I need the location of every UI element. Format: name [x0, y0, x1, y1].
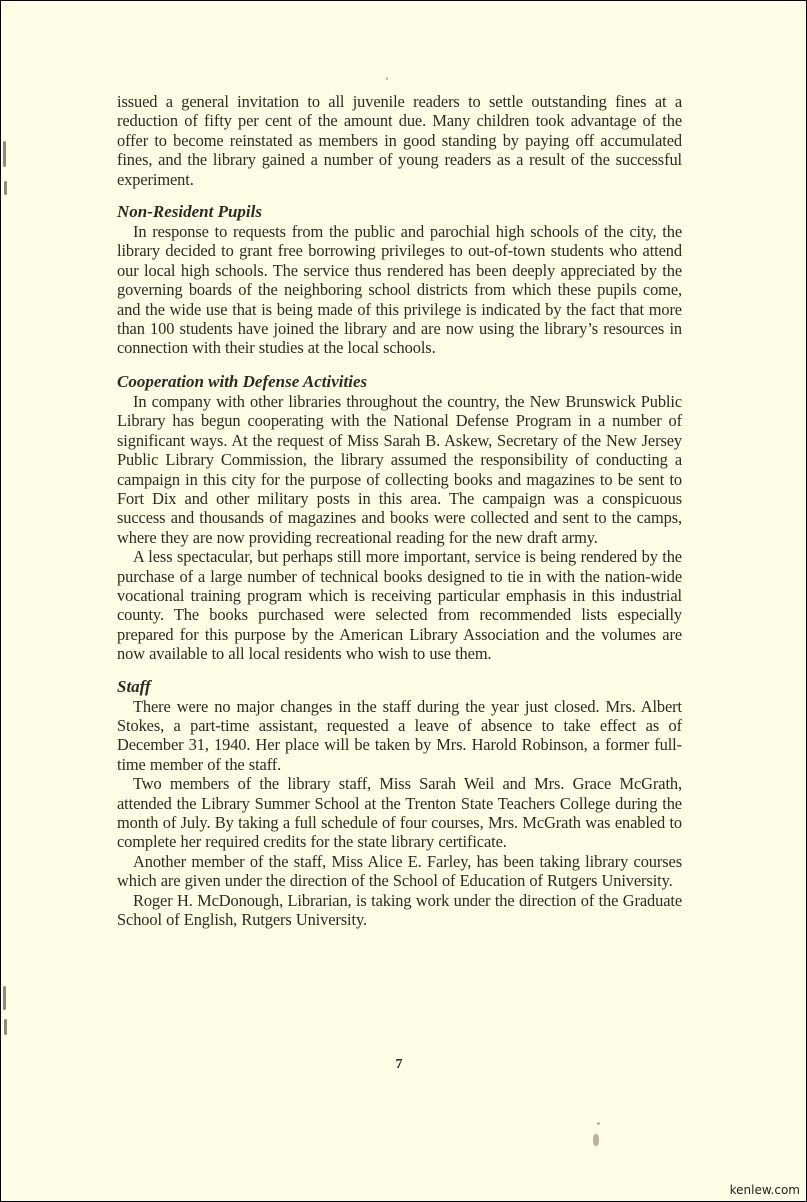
- paragraph-non-resident-pupils: In response to requests from the public …: [117, 222, 682, 358]
- page-body: issued a general invitation to all juven…: [117, 92, 682, 929]
- page-number: 7: [392, 1057, 406, 1073]
- continued-paragraph: issued a general invitation to all juven…: [117, 92, 682, 189]
- section-heading-non-resident-pupils: Non-Resident Pupils: [117, 202, 682, 222]
- binding-mark-bottom-lower: [4, 1019, 7, 1035]
- paper-speck-bottom-dot: [597, 1122, 600, 1125]
- section-heading-staff: Staff: [117, 677, 682, 697]
- paragraph-staff-changes: There were no major changes in the staff…: [117, 697, 682, 775]
- paragraph-librarian-studies: Roger H. McDonough, Librarian, is taking…: [117, 891, 682, 930]
- paper-speck-top: [386, 77, 388, 80]
- paragraph-farley-courses: Another member of the staff, Miss Alice …: [117, 852, 682, 891]
- paragraph-defense-campaign: In company with other libraries througho…: [117, 392, 682, 547]
- paragraph-summer-school: Two members of the library staff, Miss S…: [117, 774, 682, 852]
- paper-speck-bottom: [593, 1134, 599, 1146]
- paragraph-technical-books: A less spectacular, but perhaps still mo…: [117, 547, 682, 663]
- binding-mark-bottom: [3, 986, 6, 1010]
- scanned-page: issued a general invitation to all juven…: [0, 0, 807, 1202]
- watermark-text: kenlew.com: [730, 1183, 800, 1197]
- binding-mark-top: [3, 141, 6, 167]
- binding-mark-top-lower: [4, 181, 7, 195]
- section-heading-cooperation-defense: Cooperation with Defense Activities: [117, 372, 682, 392]
